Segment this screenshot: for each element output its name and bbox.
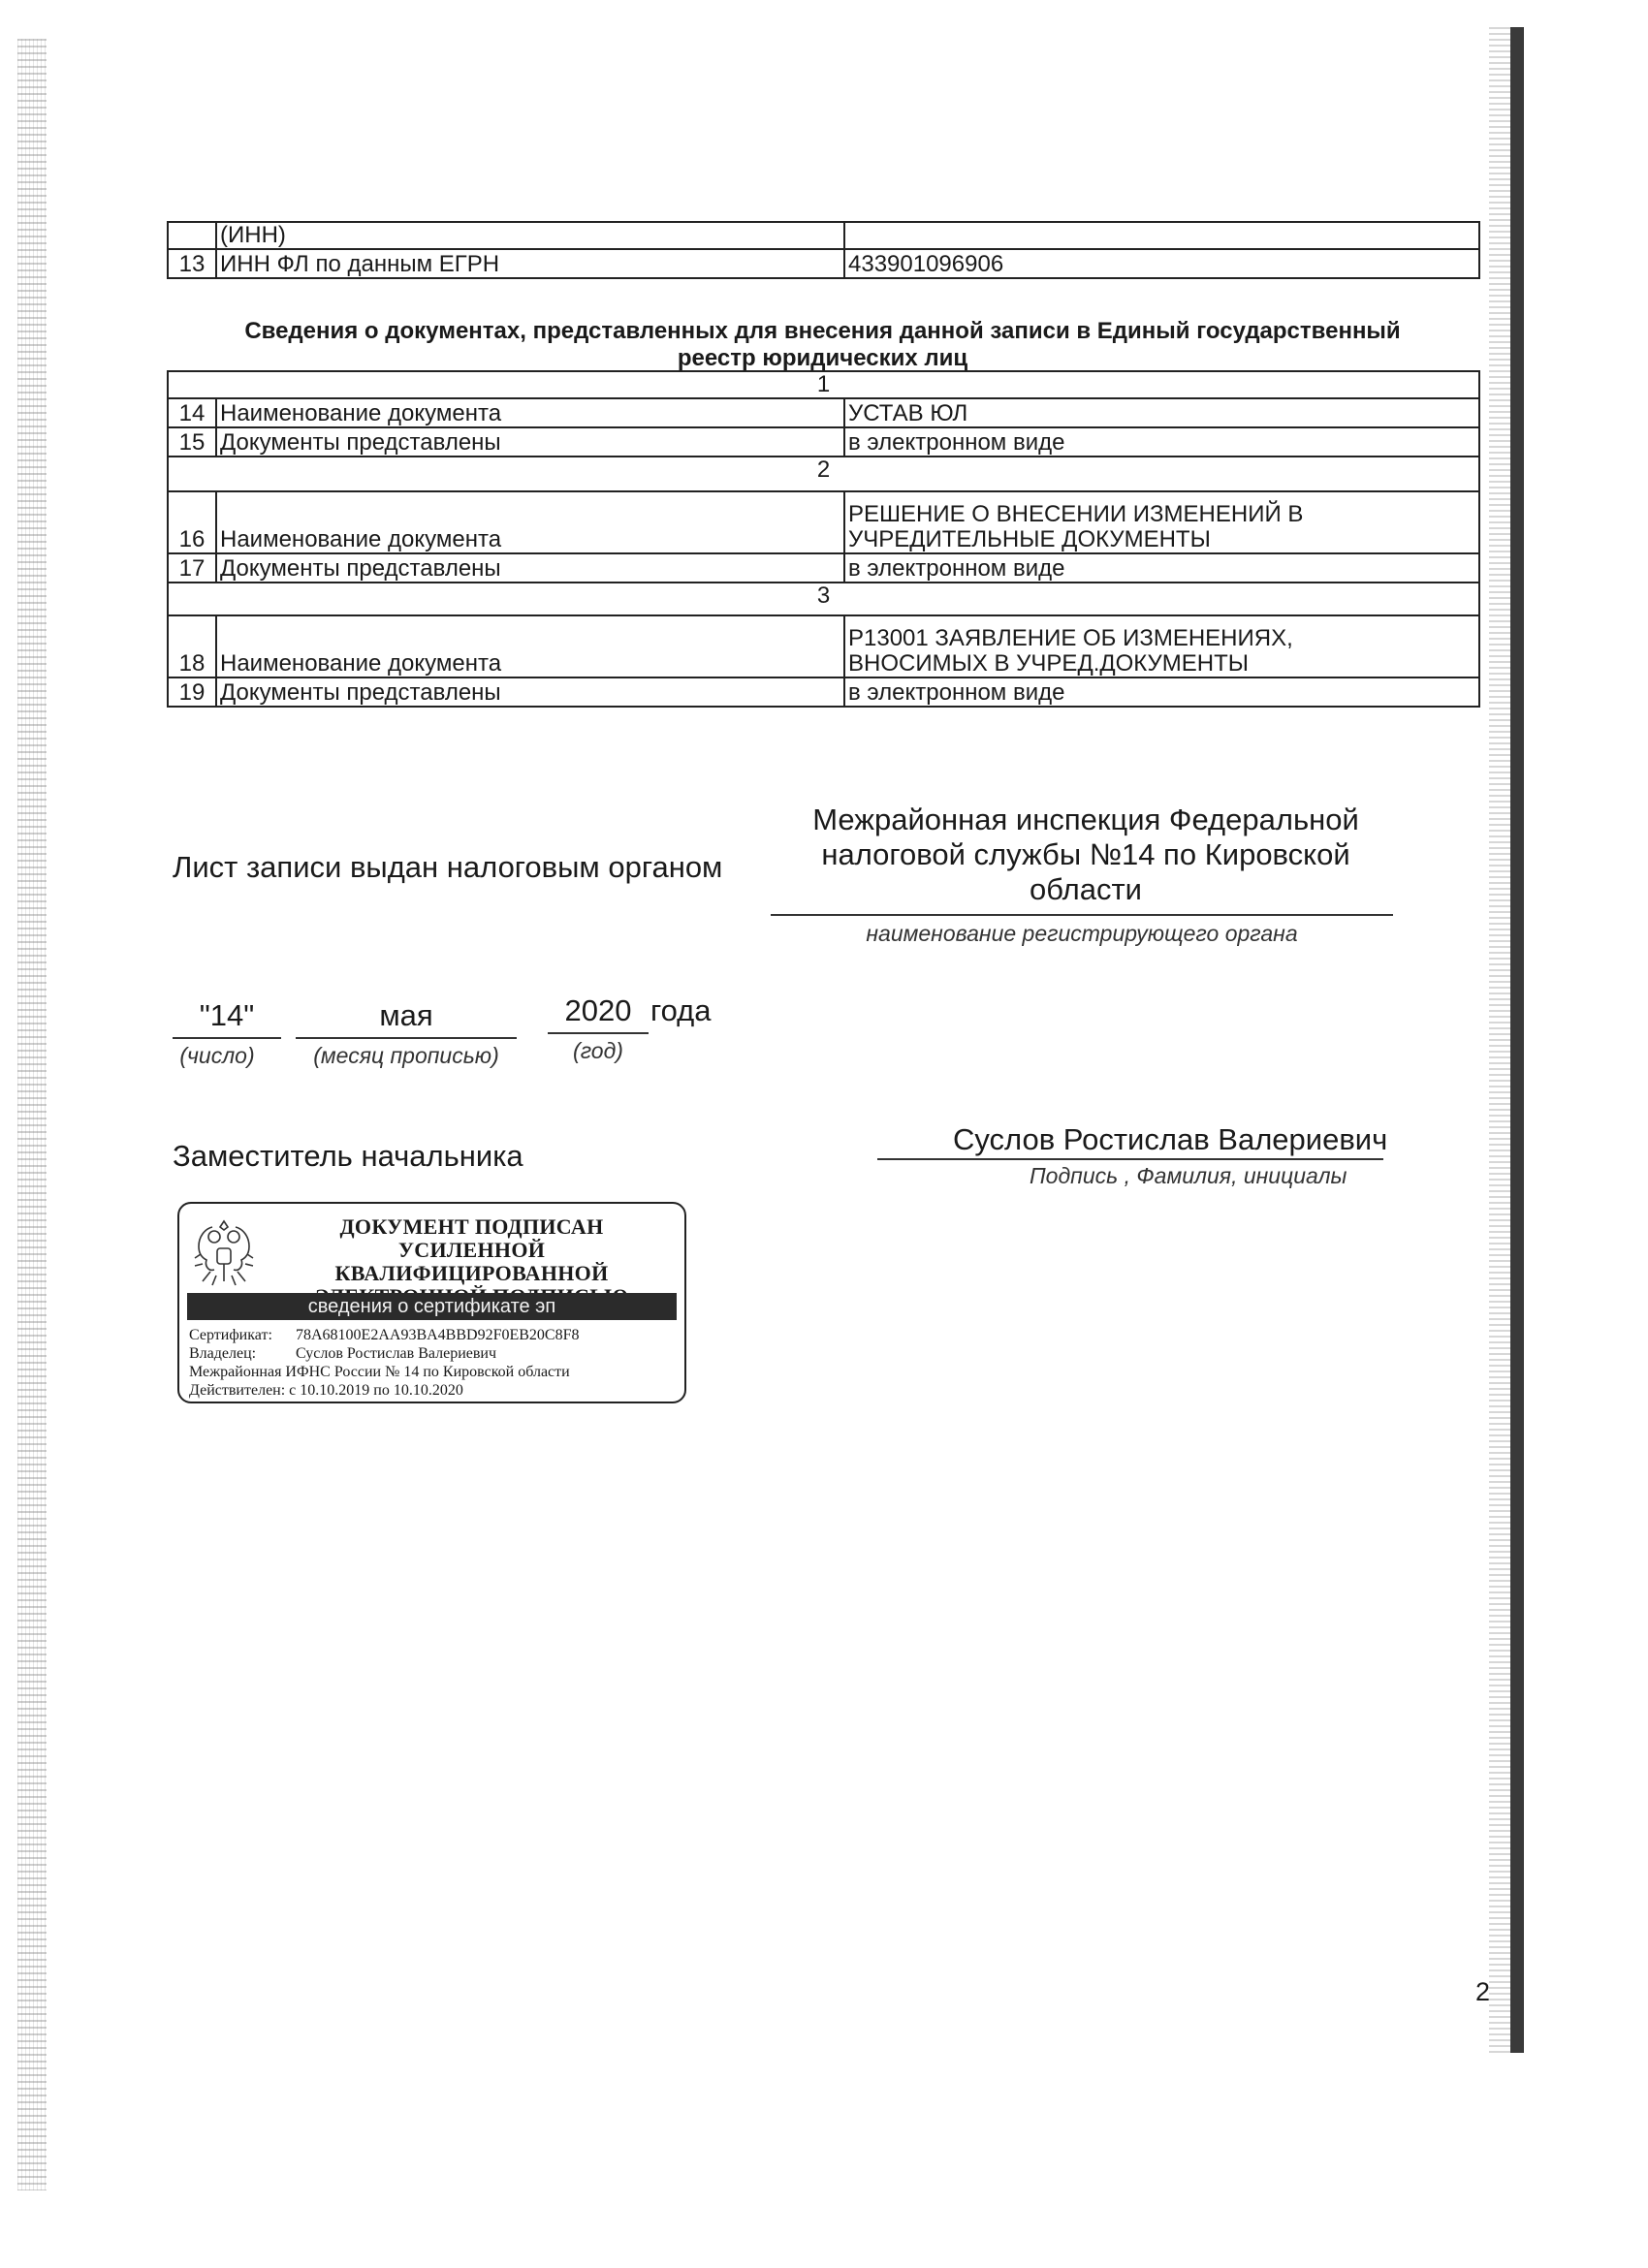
row-value: Р13001 ЗАЯВЛЕНИЕ ОБ ИЗМЕНЕНИЯХ, ВНОСИМЫХ… [844, 615, 1479, 677]
row-value: в электронном виде [844, 427, 1479, 457]
table-row: 17 Документы представлены в электронном … [168, 553, 1479, 583]
row-label: Наименование документа [216, 615, 844, 677]
issuer-label: Лист записи выдан налоговым органом [173, 850, 722, 885]
scan-edge-right-band [1510, 27, 1524, 2053]
row-value: УСТАВ ЮЛ [844, 398, 1479, 427]
row-label: Документы представлены [216, 553, 844, 583]
table-row: 18 Наименование документа Р13001 ЗАЯВЛЕН… [168, 615, 1479, 677]
certificate-info-bar: сведения о сертификате эп [187, 1293, 677, 1320]
section-row: 3 [168, 583, 1479, 615]
date-day-underline [173, 1037, 281, 1039]
row-label: Наименование документа [216, 398, 844, 427]
table-row: 19 Документы представлены в электронном … [168, 677, 1479, 707]
e-signature-stamp: ДОКУМЕНТ ПОДПИСАН УСИЛЕННОЙ КВАЛИФИЦИРОВ… [177, 1202, 686, 1403]
documents-table: 1 14 Наименование документа УСТАВ ЮЛ 15 … [167, 370, 1480, 708]
signatory-name: Суслов Ростислав Валериевич [953, 1122, 1387, 1157]
row-number: 16 [168, 491, 216, 553]
page-number: 2 [1475, 1977, 1490, 2007]
section-number: 3 [168, 583, 1479, 615]
organization-line: Межрайонная ИФНС России № 14 по Кировско… [189, 1363, 579, 1381]
signatory-position: Заместитель начальника [173, 1139, 523, 1174]
date-day-caption: (число) [173, 1043, 262, 1068]
row-label: ИНН ФЛ по данным ЕГРН [216, 249, 844, 278]
row-value: в электронном виде [844, 677, 1479, 707]
section-number: 1 [168, 371, 1479, 398]
owner-line: Владелец:Суслов Ростислав Валериевич [189, 1344, 579, 1363]
issuer-authority: Межрайонная инспекция Федеральной налого… [776, 803, 1396, 907]
row-label: (ИНН) [216, 222, 844, 249]
section-row: 1 [168, 371, 1479, 398]
section-number: 2 [168, 457, 1479, 491]
table-row: (ИНН) [168, 222, 1479, 249]
date-month-caption: (месяц прописью) [296, 1043, 517, 1068]
date-month: мая [296, 998, 517, 1033]
scan-edge-left [17, 39, 47, 2190]
table-row: 14 Наименование документа УСТАВ ЮЛ [168, 398, 1479, 427]
signatory-caption: Подпись , Фамилия, инициалы [1030, 1163, 1347, 1188]
certificate-line: Сертификат:78A68100E2AA93BA4BBD92F0EB20C… [189, 1326, 579, 1344]
date-day: "14" [173, 998, 281, 1033]
row-label: Наименование документа [216, 491, 844, 553]
documents-section-title: Сведения о документах, представленных дл… [167, 318, 1478, 372]
date-year: 2020 [548, 993, 649, 1028]
table-row: 16 Наименование документа РЕШЕНИЕ О ВНЕС… [168, 491, 1479, 553]
date-year-caption: (год) [548, 1038, 649, 1063]
authority-underline [771, 914, 1393, 916]
date-year-underline [548, 1032, 649, 1034]
scan-edge-right-noise [1489, 27, 1510, 2053]
row-value: в электронном виде [844, 553, 1479, 583]
row-number: 18 [168, 615, 216, 677]
validity-line: Действителен: с 10.10.2019 по 10.10.2020 [189, 1381, 579, 1400]
table-row: 15 Документы представлены в электронном … [168, 427, 1479, 457]
row-number: 19 [168, 677, 216, 707]
row-number: 13 [168, 249, 216, 278]
row-number: 15 [168, 427, 216, 457]
row-value [844, 222, 1479, 249]
row-number: 17 [168, 553, 216, 583]
row-value: 433901096906 [844, 249, 1479, 278]
row-label: Документы представлены [216, 427, 844, 457]
certificate-details: Сертификат:78A68100E2AA93BA4BBD92F0EB20C… [189, 1326, 579, 1400]
table-row: 13 ИНН ФЛ по данным ЕГРН 433901096906 [168, 249, 1479, 278]
coat-of-arms-icon [191, 1215, 257, 1291]
signatory-underline [877, 1158, 1383, 1160]
row-number: 14 [168, 398, 216, 427]
row-value: РЕШЕНИЕ О ВНЕСЕНИИ ИЗМЕНЕНИЙ В УЧРЕДИТЕЛ… [844, 491, 1479, 553]
section-row: 2 [168, 457, 1479, 491]
date-year-suffix: года [650, 993, 712, 1028]
inn-table: (ИНН) 13 ИНН ФЛ по данным ЕГРН 433901096… [167, 221, 1480, 279]
authority-caption: наименование регистрирующего органа [771, 921, 1393, 946]
date-month-underline [296, 1037, 517, 1039]
row-label: Документы представлены [216, 677, 844, 707]
row-number [168, 222, 216, 249]
